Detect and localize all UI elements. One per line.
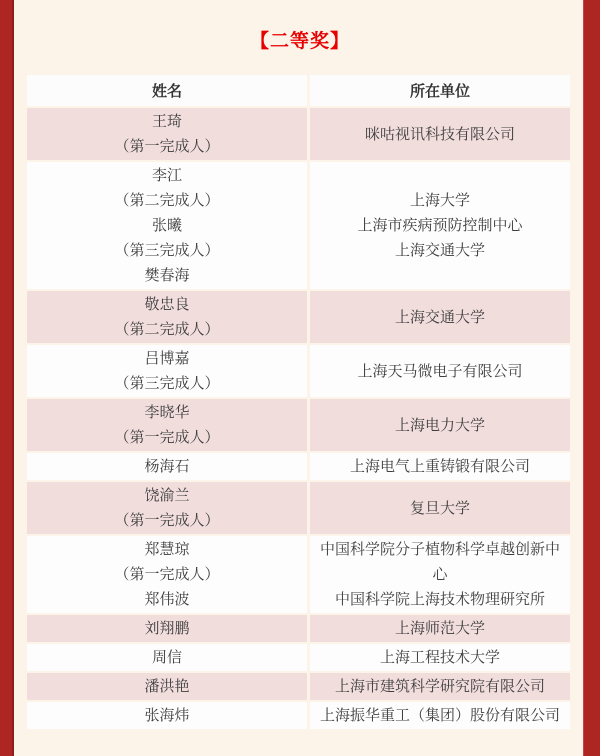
name-cell: 杨海石 [27,453,307,480]
name-line: 张曦 [31,213,303,238]
unit-cell: 中国科学院分子植物科学卓越创新中心中国科学院上海技术物理研究所 [310,536,570,613]
unit-cell: 上海天马微电子有限公司 [310,345,570,397]
name-cell: 刘翔鹏 [27,615,307,642]
unit-cell: 复旦大学 [310,482,570,534]
table-row: 敬忠良（第二完成人）上海交通大学 [27,291,570,343]
unit-line: 上海工程技术大学 [314,645,566,670]
table-row: 张海炜上海振华重工（集团）股份有限公司 [27,702,570,729]
unit-cell: 上海市建筑科学研究院有限公司 [310,673,570,700]
unit-line: 上海大学 [314,188,566,213]
name-line: （第一完成人） [31,508,303,533]
unit-line: 上海师范大学 [314,616,566,641]
unit-line: 上海振华重工（集团）股份有限公司 [314,703,566,728]
table-row: 周信上海工程技术大学 [27,644,570,671]
header-unit: 所在单位 [310,75,570,106]
name-cell: 饶渝兰（第一完成人） [27,482,307,534]
name-line: （第一完成人） [31,134,303,159]
name-cell: 李晓华（第一完成人） [27,399,307,451]
name-line: 吕博嘉 [31,346,303,371]
name-line: （第一完成人） [31,425,303,450]
table-row: 杨海石上海电气上重铸锻有限公司 [27,453,570,480]
unit-line: 上海市疾病预防控制中心 [314,213,566,238]
table-row: 潘洪艳上海市建筑科学研究院有限公司 [27,673,570,700]
table-row: 李江（第二完成人）张曦（第三完成人）樊春海上海大学上海市疾病预防控制中心上海交通… [27,162,570,289]
unit-line: 上海电气上重铸锻有限公司 [314,454,566,479]
unit-cell: 上海大学上海市疾病预防控制中心上海交通大学 [310,162,570,289]
name-line: （第二完成人） [31,188,303,213]
table-row: 刘翔鹏上海师范大学 [27,615,570,642]
table-row: 王琦（第一完成人）咪咕视讯科技有限公司 [27,108,570,160]
unit-cell: 上海交通大学 [310,291,570,343]
name-line: 李晓华 [31,400,303,425]
name-line: 敬忠良 [31,292,303,317]
name-line: 杨海石 [31,454,303,479]
name-cell: 郑慧琼（第一完成人）郑伟波 [27,536,307,613]
table-row: 饶渝兰（第一完成人）复旦大学 [27,482,570,534]
unit-line: 上海电力大学 [314,413,566,438]
name-line: （第三完成人） [31,371,303,396]
name-cell: 李江（第二完成人）张曦（第三完成人）樊春海 [27,162,307,289]
name-line: （第一完成人） [31,562,303,587]
table-row: 吕博嘉（第三完成人）上海天马微电子有限公司 [27,345,570,397]
name-line: 樊春海 [31,263,303,288]
unit-line: 上海交通大学 [314,238,566,263]
name-line: 郑慧琼 [31,537,303,562]
table-row: 李晓华（第一完成人）上海电力大学 [27,399,570,451]
unit-line: 中国科学院上海技术物理研究所 [314,587,566,612]
table-row: 郑慧琼（第一完成人）郑伟波中国科学院分子植物科学卓越创新中心中国科学院上海技术物… [27,536,570,613]
name-line: 周信 [31,645,303,670]
unit-cell: 上海师范大学 [310,615,570,642]
name-line: 张海炜 [31,703,303,728]
name-line: 刘翔鹏 [31,616,303,641]
name-cell: 潘洪艳 [27,673,307,700]
name-line: （第三完成人） [31,238,303,263]
name-cell: 周信 [27,644,307,671]
name-cell: 敬忠良（第二完成人） [27,291,307,343]
page-content: 【二等奖】 姓名 所在单位 王琦（第一完成人）咪咕视讯科技有限公司李江（第二完成… [0,0,600,731]
unit-line: 复旦大学 [314,496,566,521]
unit-line: 中国科学院分子植物科学卓越创新中心 [314,537,566,587]
header-name: 姓名 [27,75,307,106]
unit-line: 上海市建筑科学研究院有限公司 [314,674,566,699]
name-cell: 张海炜 [27,702,307,729]
awards-table-body: 王琦（第一完成人）咪咕视讯科技有限公司李江（第二完成人）张曦（第三完成人）樊春海… [27,108,570,729]
unit-cell: 上海电气上重铸锻有限公司 [310,453,570,480]
unit-line: 上海交通大学 [314,305,566,330]
name-line: 李江 [31,163,303,188]
unit-cell: 上海电力大学 [310,399,570,451]
table-header-row: 姓名 所在单位 [27,75,570,106]
name-line: 郑伟波 [31,587,303,612]
name-line: （第二完成人） [31,317,303,342]
unit-line: 咪咕视讯科技有限公司 [314,122,566,147]
name-line: 潘洪艳 [31,674,303,699]
name-cell: 王琦（第一完成人） [27,108,307,160]
name-cell: 吕博嘉（第三完成人） [27,345,307,397]
page-title: 【二等奖】 [0,26,600,53]
name-line: 饶渝兰 [31,483,303,508]
unit-line: 上海天马微电子有限公司 [314,359,566,384]
unit-cell: 咪咕视讯科技有限公司 [310,108,570,160]
name-line: 王琦 [31,109,303,134]
awards-table: 姓名 所在单位 王琦（第一完成人）咪咕视讯科技有限公司李江（第二完成人）张曦（第… [24,73,573,731]
unit-cell: 上海振华重工（集团）股份有限公司 [310,702,570,729]
unit-cell: 上海工程技术大学 [310,644,570,671]
